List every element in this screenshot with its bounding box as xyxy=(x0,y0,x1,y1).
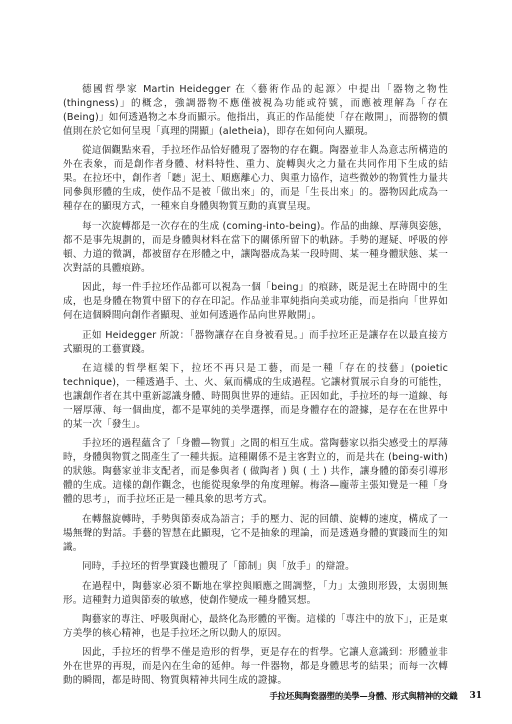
paragraph-eastern-aesthetics: 陶藝家的專注、呼吸與耐心，最終化為形體的平衡。這樣的「專注中的放下」，正是東方美… xyxy=(63,613,448,641)
paragraph-conclusion: 因此，手拉坯的哲學不僅是造形的哲學，更是存在的哲學。它讓人意識到：形體並非外在世… xyxy=(63,646,448,688)
running-title: 手拉坯與陶瓷器塑的美學—身體、形式與精神的交織 xyxy=(269,690,457,702)
page-number: 31 xyxy=(469,691,482,701)
paragraph-control-adapt: 在過程中，陶藝家必須不斷地在掌控與順應之間調整，「力」太強則形毀，太弱則無形。這… xyxy=(63,580,448,608)
paragraph-body-matter: 手拉坯的過程蘊含了「身體—物質」之間的相互生成。當陶藝家以指尖感受土的厚薄時，身… xyxy=(63,437,448,507)
paragraph-heidegger-thingness: 德國哲學家 Martin Heidegger 在〈藝術作品的起源〉中提出「器物之… xyxy=(63,83,448,139)
document-page: 德國哲學家 Martin Heidegger 在〈藝術作品的起源〉中提出「器物之… xyxy=(0,0,512,724)
paragraph-heidegger-quote: 正如 Heidegger 所說：「器物讓存在自身被看見。」而手拉坯正是讓存在以最… xyxy=(63,329,448,357)
paragraph-restraint-release: 同時，手拉坯的哲學實踐也體現了「節制」與「放手」的辯證。 xyxy=(63,560,448,574)
body-text: 德國哲學家 Martin Heidegger 在〈藝術作品的起源〉中提出「器物之… xyxy=(63,83,448,694)
paragraph-poietic-technique: 在這樣的哲學框架下，拉坯不再只是工藝，而是一種「存在的技藝」(poietic t… xyxy=(63,362,448,432)
page-footer: 手拉坯與陶瓷器塑的美學—身體、形式與精神的交織 31 xyxy=(300,689,482,703)
paragraph-existence-view: 從這個觀點來看，手拉坯作品恰好體現了器物的存在觀。陶器並非人為意志所構造的外在表… xyxy=(63,144,448,214)
paragraph-wheel-dialogue: 在轉盤旋轉時，手勢與節奏成為語言；手的壓力、泥的回饋、旋轉的速度，構成了一場無聲… xyxy=(63,513,448,555)
paragraph-trace-of-being: 因此，每一件手拉坯作品都可以視為一個「being」的痕跡，既是泥土在時間中的生成… xyxy=(63,281,448,323)
paragraph-coming-into-being: 每一次旋轉都是一次存在的生成 (coming-into-being)。作品的曲線… xyxy=(63,220,448,276)
